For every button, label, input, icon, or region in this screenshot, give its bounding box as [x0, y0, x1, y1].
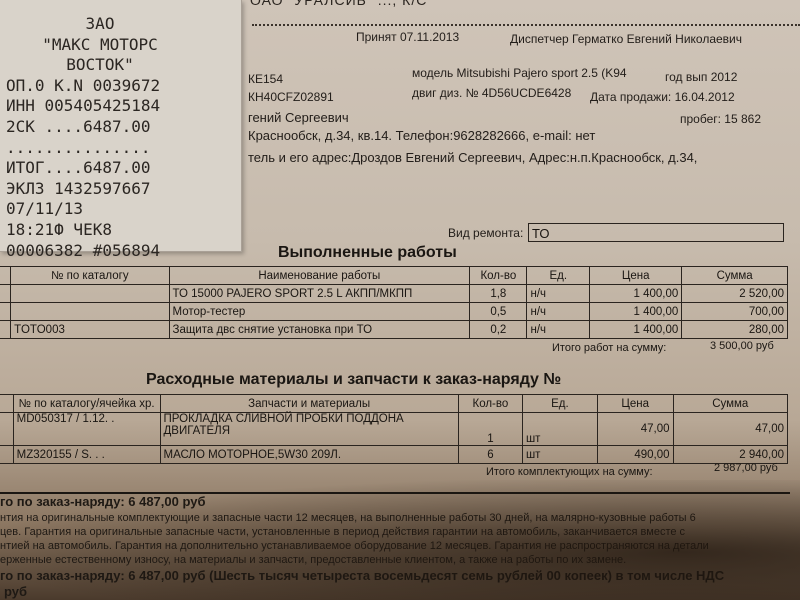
row-num: [0, 446, 13, 464]
column-header: Сумма: [673, 395, 787, 413]
cell-catalog: TOTO003: [11, 321, 169, 339]
row-num: [0, 413, 13, 446]
cell-catalog: [11, 285, 169, 303]
column-header: Ед.: [522, 395, 597, 413]
warranty-line-2: цев. Гарантия на оригинальные запасные ч…: [0, 526, 685, 538]
column-header: Наименование работы: [169, 267, 470, 285]
table-row: TOTO003Защита двс снятие установка при Т…: [0, 321, 788, 339]
works-total-label: Итого работ на сумму:: [552, 342, 666, 354]
cell-qty: 6: [458, 446, 522, 464]
works-title: Выполненные работы: [278, 244, 457, 262]
receipt-line: ...............: [0, 138, 241, 159]
cell-unit: н/ч: [527, 285, 590, 303]
cell-name: ПРОКЛАДКА СЛИВНОЙ ПРОБКИ ПОДДОНА ДВИГАТЕ…: [160, 413, 458, 446]
cell-price: 1 400,00: [590, 303, 682, 321]
receipt-line: 2СК ....6487.00: [0, 117, 241, 138]
accepted-date: Принят 07.11.2013: [356, 30, 459, 44]
receipt-line: 07/11/13: [0, 199, 241, 220]
receipt-line: ВОСТОК": [0, 55, 200, 76]
parts-title: Расходные материалы и запчасти к заказ-н…: [146, 371, 561, 389]
car-model: модель Mitsubishi Pajero sport 2.5 (K94: [412, 66, 627, 80]
cell-sum: 700,00: [682, 303, 788, 321]
cell-catalog: MZ320155 / S. . .: [13, 446, 160, 464]
column-header: Цена: [597, 395, 673, 413]
receipt-line: ИТОГ....6487.00: [0, 158, 241, 179]
cell-qty: 0,5: [470, 303, 527, 321]
car-year: год вып 2012: [665, 70, 737, 84]
cell-unit: шт: [522, 446, 597, 464]
cell-name: ТО 15000 PAJERO SPORT 2.5 L АКПП/МКПП: [169, 285, 470, 303]
column-header: Запчасти и материалы: [160, 395, 458, 413]
parts-total-label: Итого комплектующих на сумму:: [486, 466, 653, 478]
cash-receipt: ЗАО"МАКС МОТОРСВОСТОК"ОП.0 К.N 0039672ИН…: [0, 0, 242, 252]
column-header: Кол-во: [470, 267, 527, 285]
receipt-line: ОП.0 К.N 0039672: [0, 76, 241, 97]
warranty-line-4: ерженные естественному износу, на матери…: [0, 554, 626, 566]
cell-price: 1 400,00: [590, 321, 682, 339]
receipt-line: ЗАО: [0, 14, 200, 35]
receipt-line: ИНН 005405425184: [0, 96, 241, 117]
engine-number: двиг диз. № 4D56UCDE6428: [412, 86, 571, 100]
column-header: Ед.: [527, 267, 590, 285]
cell-sum: 47,00: [673, 413, 787, 446]
owner-name: гений Сергеевич: [248, 110, 349, 125]
grand-total: го по заказ-наряду: 6 487,00 руб: [0, 494, 206, 509]
mileage: пробег: 15 862: [680, 112, 761, 126]
cell-price: 1 400,00: [590, 285, 682, 303]
cell-unit: шт: [522, 413, 597, 446]
warranty-line-3: нтией на автомобиль. Гарантия на дополни…: [0, 540, 709, 552]
cell-name: Защита двс снятие установка при ТО: [169, 321, 470, 339]
receipt-line: "МАКС МОТОРС: [0, 35, 200, 56]
receipt-line: ЭКЛЗ 1432597667: [0, 179, 241, 200]
works-total-value: 3 500,00 руб: [710, 340, 774, 352]
works-table: № по каталогуНаименование работыКол-воЕд…: [0, 266, 788, 339]
vin-number: КН40CFZ02891: [248, 90, 334, 104]
row-num-header: [0, 267, 11, 285]
row-num: [0, 321, 11, 339]
repair-type-field: ТО: [528, 223, 784, 242]
row-num: [0, 303, 11, 321]
payer-line: тель и его адрес:Дроздов Евгений Сергеев…: [248, 150, 697, 165]
parts-table: № по каталогу/ячейка хр.Запчасти и матер…: [0, 394, 788, 464]
column-header: Сумма: [682, 267, 788, 285]
table-row: MZ320155 / S. . .МАСЛО МОТОРНОЕ,5W30 209…: [0, 446, 788, 464]
column-header: № по каталогу: [11, 267, 169, 285]
warranty-line-1: нтия на оригинальные комплектующие и зап…: [0, 512, 696, 524]
grand-total-words: го по заказ-наряду: 6 487,00 руб (Шесть …: [0, 568, 724, 583]
column-header: № по каталогу/ячейка хр.: [13, 395, 160, 413]
repair-type-label: Вид ремонта:: [448, 226, 523, 240]
dotted-divider: [252, 24, 800, 26]
cell-name: МАСЛО МОТОРНОЕ,5W30 209Л.: [160, 446, 458, 464]
table-row: MD050317 / 1.12. .ПРОКЛАДКА СЛИВНОЙ ПРОБ…: [0, 413, 788, 446]
cell-catalog: [11, 303, 169, 321]
cell-sum: 280,00: [682, 321, 788, 339]
cell-unit: н/ч: [527, 303, 590, 321]
row-num-header: [0, 395, 13, 413]
cell-price: 490,00: [597, 446, 673, 464]
receipt-line: 00006382 #056894: [0, 241, 241, 262]
vat-line: руб: [4, 584, 27, 599]
bank-header-text: ОАО "УРАЛСИБ" ..., К/С: [250, 0, 427, 8]
table-row: Мотор-тестер0,5н/ч1 400,00700,00: [0, 303, 788, 321]
receipt-line: 18:21Ф ЧЕК8: [0, 220, 241, 241]
dispatcher-name: Диспетчер Герматко Евгений Николаевич: [510, 32, 742, 46]
cell-unit: н/ч: [527, 321, 590, 339]
table-row: ТО 15000 PAJERO SPORT 2.5 L АКПП/МКПП1,8…: [0, 285, 788, 303]
reg-number: КЕ154: [248, 72, 283, 86]
cell-price: 47,00: [597, 413, 673, 446]
cell-qty: 1: [458, 413, 522, 446]
row-num: [0, 285, 11, 303]
cell-catalog: MD050317 / 1.12. .: [13, 413, 160, 446]
cell-qty: 0,2: [470, 321, 527, 339]
column-header: Цена: [590, 267, 682, 285]
sale-date: Дата продажи: 16.04.2012: [590, 90, 735, 104]
cell-name: Мотор-тестер: [169, 303, 470, 321]
cell-qty: 1,8: [470, 285, 527, 303]
parts-total-value: 2 987,00 руб: [714, 462, 778, 474]
cell-sum: 2 940,00: [673, 446, 787, 464]
cell-sum: 2 520,00: [682, 285, 788, 303]
address-line: Краснообск, д.34, кв.14. Телефон:9628282…: [248, 128, 595, 143]
column-header: Кол-во: [458, 395, 522, 413]
